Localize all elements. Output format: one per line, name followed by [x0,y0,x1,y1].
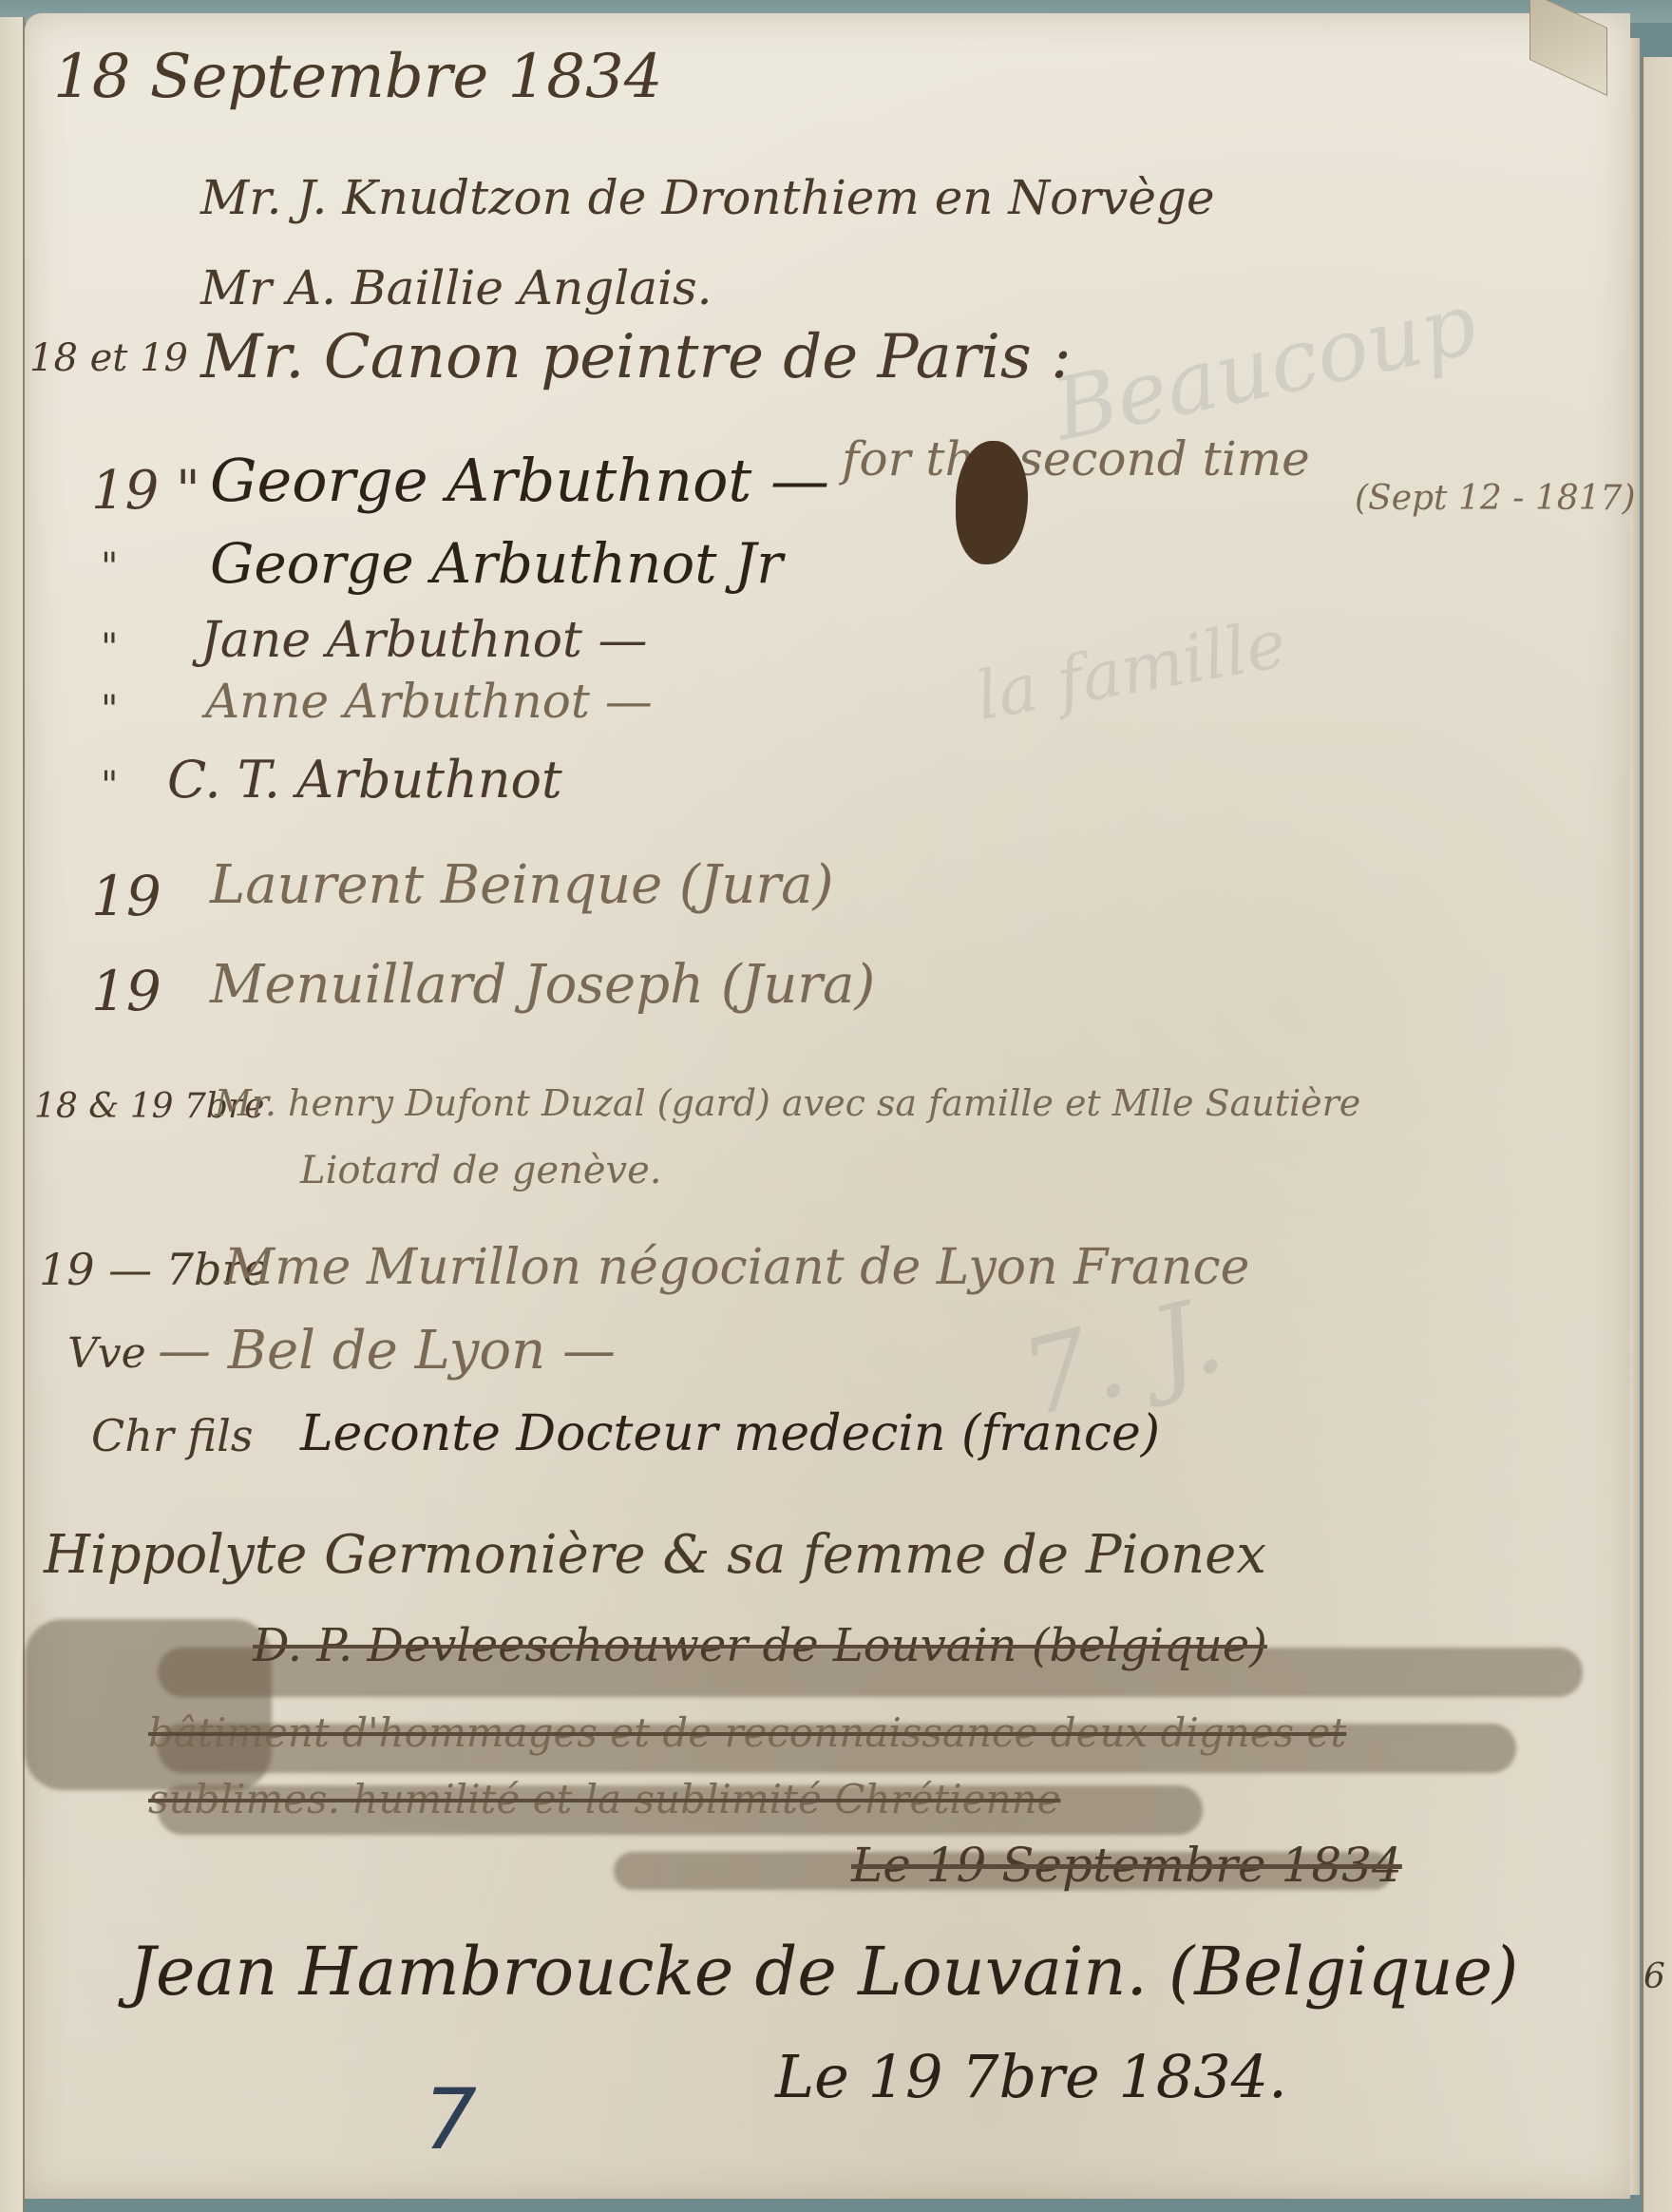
entry-line: Mme Murillon négociant de Lyon France [224,1239,1249,1296]
entry-line: Laurent Beinque (Jura) [210,854,833,916]
entry-line: Mr A. Baillie Anglais. [200,260,712,315]
entry-date: 19 [91,864,161,928]
struck-entry-date: Le 19 Septembre 1834 [851,1838,1402,1893]
page-number: 7 [424,2070,477,2168]
struck-entry-line: D. P. Devleeschouwer de Louvain (belgiqu… [253,1619,1267,1672]
signature-line: Jean Hambroucke de Louvain. (Belgique) [129,1933,1518,2011]
entry-title: Vve [67,1329,146,1378]
ditto-mark: " [101,626,118,670]
entry-date: 19 [91,959,161,1023]
entry-note-date: (Sept 12 - 1817) [1355,479,1636,518]
entry-line: Leconte Docteur medecin (france) [300,1405,1160,1462]
entry-line: Anne Arbuthnot — [205,674,653,729]
bleed-through-text: la famille [970,604,1291,735]
entry-title: Chr fils [91,1410,253,1461]
entry-line: Mr. henry Dufont Duzal (gard) avec sa fa… [215,1082,1360,1124]
entry-line: George Arbuthnot — [210,446,829,515]
signature-date: Le 19 7bre 1834. [775,2042,1287,2111]
entry-date: 18 et 19 [29,336,188,380]
ditto-mark: " [101,688,118,732]
entry-line: Mr. Canon peintre de Paris : [200,322,1072,392]
entry-note: for the second time [842,431,1310,486]
previous-page-edge [0,17,25,2212]
entry-line: Menuillard Joseph (Jura) [210,954,875,1016]
entry-line: Jane Arbuthnot — [200,612,647,669]
manuscript-page: Beaucoup la famille 7. J. 18 Septembre 1… [25,13,1630,2199]
page-stack-edge [1642,57,1672,2212]
struck-entry-line: bâtiment d'hommages et de reconnaissance… [148,1709,1346,1756]
right-margin-mark: 6 [1643,1957,1665,1996]
entry-line: Hippolyte Germonière & sa femme de Pione… [44,1524,1266,1586]
entry-line: — Bel de Lyon — [158,1320,616,1382]
entry-line: Mr. J. Knudtzon de Dronthiem en Norvège [200,170,1215,225]
entry-continuation: Liotard de genève. [300,1149,662,1192]
entry-date: 19 " [91,460,200,522]
ink-blot [956,441,1028,564]
entry-header-date: 18 Septembre 1834 [53,42,662,112]
ditto-mark: " [101,545,118,589]
entry-line: C. T. Arbuthnot [167,750,562,810]
struck-entry-line: sublimes. humilité et la sublimité Chrét… [148,1776,1060,1822]
entry-line: George Arbuthnot Jr [210,531,783,596]
ditto-mark: " [101,764,118,808]
